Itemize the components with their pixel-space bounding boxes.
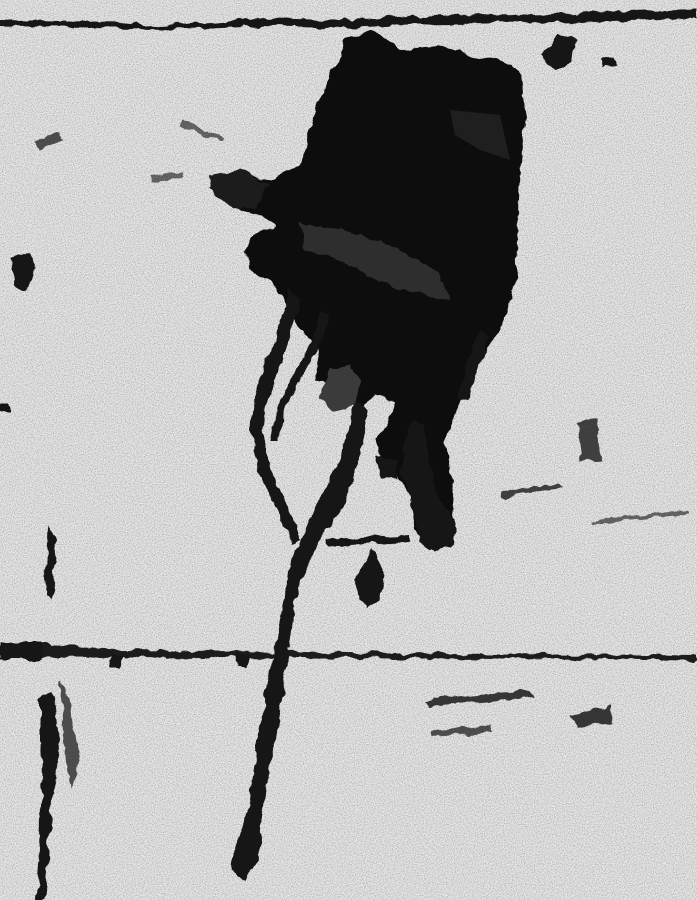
photograph: Black-and-white photograph of a dark ink…	[0, 0, 697, 900]
scene	[0, 0, 697, 900]
